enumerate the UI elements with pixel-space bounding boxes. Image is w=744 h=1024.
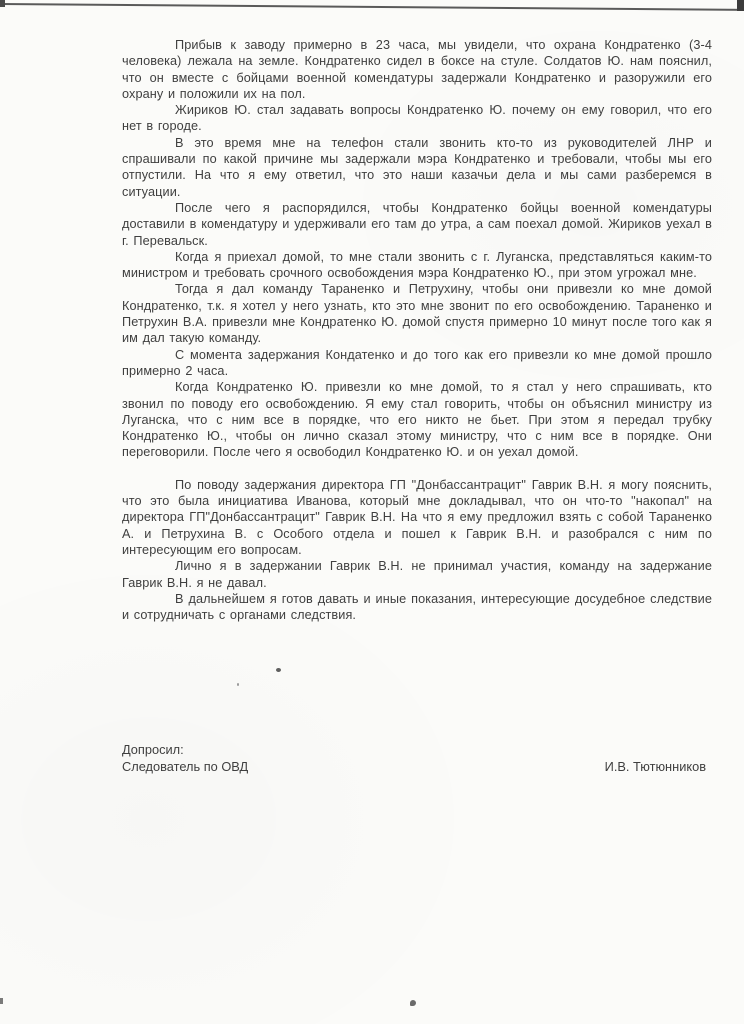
paragraph: Жириков Ю. стал задавать вопросы Кондрат…	[122, 102, 712, 135]
paragraph: Тогда я дал команду Тараненко и Петрухин…	[122, 281, 712, 346]
paragraph: В дальнейшем я готов давать и иные показ…	[122, 591, 712, 624]
paragraph: Прибыв к заводу примерно в 23 часа, мы у…	[122, 37, 712, 102]
paragraph: Когда Кондратенко Ю. привезли ко мне дом…	[122, 379, 712, 460]
scan-corner-artifact-left	[0, 0, 5, 7]
interrogator-title: Следователь по ОВД	[122, 759, 248, 776]
interrogator-name: И.В. Тютюнников	[605, 759, 706, 776]
scan-edge-artifact	[0, 998, 3, 1004]
scan-corner-artifact-right	[737, 0, 744, 11]
paragraph: Когда я приехал домой, то мне стали звон…	[122, 249, 712, 282]
document-footer: Допросил: Следователь по ОВД И.В. Тютюнн…	[122, 742, 706, 775]
paragraph: По поводу задержания директора ГП "Донба…	[122, 477, 712, 558]
interrogator-label: Допросил:	[122, 742, 248, 759]
interrogator-block: Допросил: Следователь по ОВД	[122, 742, 248, 775]
document-body: Прибыв к заводу примерно в 23 часа, мы у…	[122, 37, 712, 623]
paragraph: Лично я в задержании Гаврик В.Н. не прин…	[122, 558, 712, 591]
paragraph: В это время мне на телефон стали звонить…	[122, 135, 712, 200]
scan-speck	[237, 683, 239, 686]
paragraph: С момента задержания Кондатенко и до тог…	[122, 347, 712, 380]
scanned-page: Прибыв к заводу примерно в 23 часа, мы у…	[0, 0, 744, 1024]
scan-edge-line	[0, 3, 744, 11]
scan-speck	[410, 1000, 416, 1006]
paragraph: После чего я распорядился, чтобы Кондрат…	[122, 200, 712, 249]
scan-speck	[276, 668, 281, 672]
